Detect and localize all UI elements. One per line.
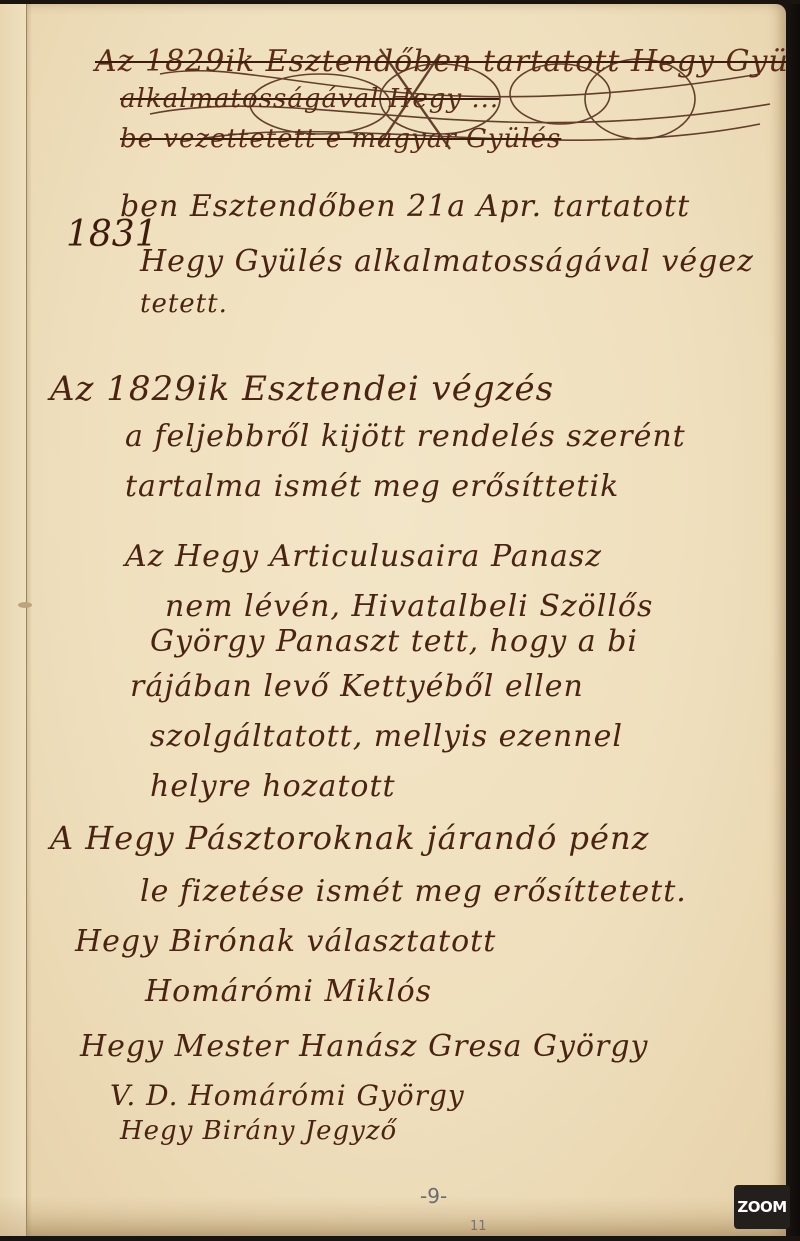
entry-1829-line-8: szolgáltatott, mellyis ezennel [150, 719, 623, 754]
page-edge-wear [0, 1196, 786, 1236]
entry-1829-line-4: Az Hegy Articulusaira Panasz [125, 539, 602, 574]
struck-line-2: alkalmatosságával Hegy ... [120, 84, 499, 114]
entry-1829-line-5: nem lévén, Hivatalbeli Szöllős [165, 589, 653, 624]
manuscript-page: Az 1829ik Esztendőben tartatott Hegy Gyü… [0, 4, 786, 1236]
signature-line-4: V. D. Homárómi György [110, 1079, 465, 1112]
entry-1831-line-3: tetett. [140, 289, 228, 319]
entry-pasztor-line-1: A Hegy Pásztoroknak járandó pénz [50, 819, 649, 857]
signature-line-1: Hegy Birónak választatott [75, 924, 496, 959]
entry-1829-line-2: a feljebbről kijött rendelés szerént [125, 419, 686, 454]
signature-line-3: Hegy Mester Hanász Gresa György [80, 1029, 649, 1064]
signature-line-2: Homárómi Miklós [145, 974, 432, 1009]
binding-gutter [0, 4, 27, 1236]
zoom-label: ZOOM [737, 1198, 786, 1216]
gutter-shadow [26, 4, 32, 1236]
entry-1829-line-7: rájában levő Kettyéből ellen [130, 669, 584, 704]
entry-1829-line-6: György Panaszt tett, hogy a bi [150, 624, 638, 659]
struck-line-1: Az 1829ik Esztendőben tartatott Hegy Gyü… [95, 44, 800, 79]
binding-stitch [18, 602, 32, 608]
struck-line-3: be vezettetett e magyar Gyülés [120, 124, 561, 154]
signature-line-5: Hegy Birány Jegyző [120, 1116, 397, 1146]
entry-1831-line-2: Hegy Gyülés alkalmatosságával végez [140, 244, 754, 279]
entry-pasztor-line-2: le fizetése ismét meg erősíttetett. [140, 874, 687, 909]
entry-1829-line-9: helyre hozatott [150, 769, 396, 804]
entry-1829-line-1: Az 1829ik Esztendei végzés [50, 369, 554, 409]
entry-1829-line-3: tartalma ismét meg erősíttetik [125, 469, 619, 504]
entry-1831-line-1: ben Esztendőben 21a Apr. tartatott [120, 189, 690, 224]
zoom-watermark: ZOOM [734, 1185, 790, 1229]
